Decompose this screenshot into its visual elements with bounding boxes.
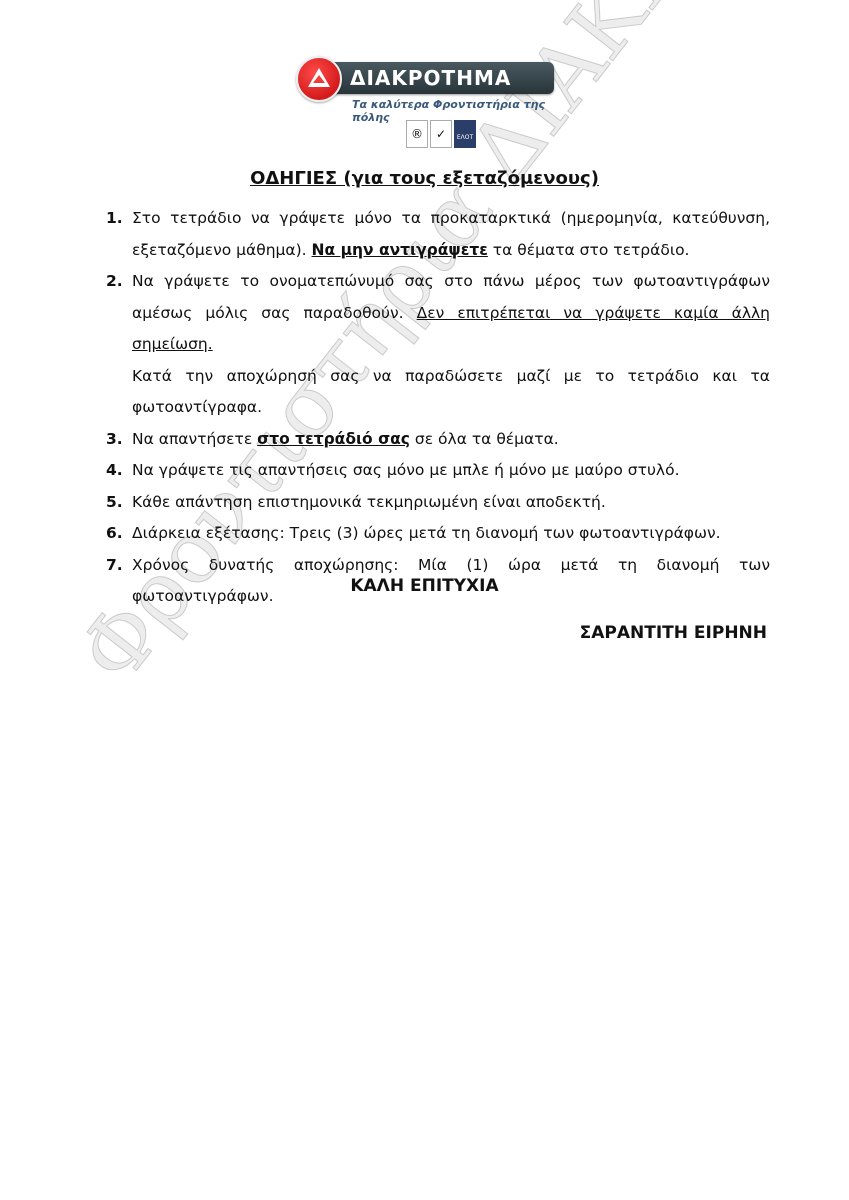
instruction-item: 2.Να γράψετε το ονοματεπώνυμό σας στο πά…: [106, 266, 770, 424]
registered-mark-icon: ®: [406, 120, 428, 148]
instruction-number: 3.: [106, 424, 132, 456]
instruction-number: 4.: [106, 455, 132, 487]
instruction-item: 1.Στο τετράδιο να γράψετε μόνο τα προκατ…: [106, 203, 770, 266]
instruction-text-part: τα θέματα στο τετράδιο.: [488, 241, 690, 259]
instruction-number: 1.: [106, 203, 132, 266]
instruction-text: Να απαντήσετε στο τετράδιό σας σε όλα τα…: [132, 424, 770, 456]
instruction-text-part: Να μην αντιγράψετε: [312, 241, 488, 259]
instruction-item: 6.Διάρκεια εξέτασης: Τρεις (3) ώρες μετά…: [106, 518, 770, 550]
instruction-item: 3.Να απαντήσετε στο τετράδιό σας σε όλα …: [106, 424, 770, 456]
instruction-text-part: σε όλα τα θέματα.: [410, 430, 559, 448]
quality-cert-icon: ✓: [430, 120, 452, 148]
delta-logo-icon: [296, 56, 342, 102]
instruction-text: Στο τετράδιο να γράψετε μόνο τα προκαταρ…: [132, 203, 770, 266]
instruction-text-part: Κάθε απάντηση επιστημονικά τεκμηριωμένη …: [132, 493, 606, 511]
instruction-text-part: στο τετράδιό σας: [257, 430, 410, 448]
certifications: ® ✓ ΕΛΟΤ: [406, 120, 476, 148]
closing-text: ΚΑΛΗ ΕΠΙΤΥΧΙΑ: [0, 576, 849, 596]
instructions-list: 1.Στο τετράδιο να γράψετε μόνο τα προκατ…: [106, 203, 770, 613]
instruction-number: 2.: [106, 266, 132, 424]
instruction-text: Διάρκεια εξέτασης: Τρεις (3) ώρες μετά τ…: [132, 518, 770, 550]
instruction-text: Να γράψετε τις απαντήσεις σας μόνο με μπ…: [132, 455, 770, 487]
instruction-number: 6.: [106, 518, 132, 550]
instruction-item: 4.Να γράψετε τις απαντήσεις σας μόνο με …: [106, 455, 770, 487]
page-title: ΟΔΗΓΙΕΣ (για τους εξεταζόμενους): [0, 168, 849, 189]
signature: ΣΑΡΑΝΤΙΤΗ ΕΙΡΗΝΗ: [580, 623, 767, 643]
elot-icon: ΕΛΟΤ: [454, 120, 476, 148]
logo: ΔΙΑΚΡΟΤΗΜΑ Τα καλύτερα Φροντιστήρια της …: [294, 58, 556, 150]
instruction-continuation: Κατά την αποχώρησή σας να παραδώσετε μαζ…: [132, 361, 770, 424]
instruction-text-part: Διάρκεια εξέτασης: Τρεις (3) ώρες μετά τ…: [132, 524, 721, 542]
logo-brand: ΔΙΑΚΡΟΤΗΜΑ: [350, 66, 511, 90]
instruction-text: Κάθε απάντηση επιστημονικά τεκμηριωμένη …: [132, 487, 770, 519]
instruction-item: 5.Κάθε απάντηση επιστημονικά τεκμηριωμέν…: [106, 487, 770, 519]
instruction-number: 5.: [106, 487, 132, 519]
instruction-text-part: Να απαντήσετε: [132, 430, 257, 448]
instruction-text-part: Να γράψετε τις απαντήσεις σας μόνο με μπ…: [132, 461, 680, 479]
instruction-text: Να γράψετε το ονοματεπώνυμό σας στο πάνω…: [132, 266, 770, 424]
